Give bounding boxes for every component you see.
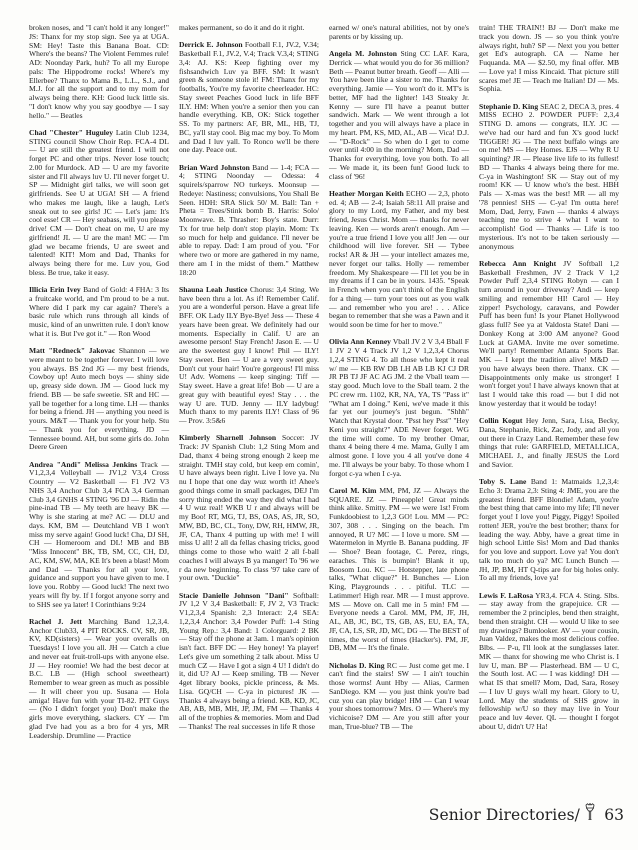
entry-text: MM, PM, JZ — Always the SQUARE. JZ — Pin…: [329, 486, 469, 653]
column-2: makes permanent, so do it and do it righ…: [179, 24, 319, 749]
student-name: Stephanie D. King: [479, 102, 538, 111]
directory-entry: Nicholas D. King RC — Just come get me. …: [329, 662, 469, 732]
directory-entry: Andrea "Andi" Melissa Jenkins Track — V1…: [29, 461, 169, 610]
entry-text: Band of Gold: 4 FHA: 3 Its a fruitcake w…: [29, 285, 169, 338]
student-name: Chad "Chester" Huguley: [29, 128, 113, 137]
yearbook-page: broken noses, and "I can't hold it any l…: [0, 0, 638, 850]
directory-entry: Rebecca Ann Knight JV Softball 1,2 Baske…: [479, 260, 619, 409]
directory-entry: Derrick E. Johnson Football F.1, JV.2, V…: [179, 41, 319, 155]
student-name: Rebecca Ann Knight: [479, 259, 556, 268]
column-4: train! THE TRAIN!! BJ — Don't make me tr…: [479, 24, 619, 749]
entry-text: ECHO — 2,3, photo ed. 4; AB — 2-4; Isaia…: [329, 189, 469, 329]
student-name: Andrea "Andi" Melissa Jenkins: [29, 460, 137, 469]
entry-text: Track — V1,2,3,4 Volleyball — JV1,2 V3,4…: [29, 460, 169, 609]
entry-text: earned w/ one's natural abilities, not b…: [329, 23, 469, 41]
directory-entry: Rachel J. Jett Marching Band 1,2,3,4. An…: [29, 618, 169, 741]
directory-entry: Lewis F. LaRosa YR3,4. FCA 4. Sting. Slb…: [479, 592, 619, 732]
entry-text: Football F.1, JV.2, V.34; Basketball F.1…: [179, 40, 319, 154]
directory-entry: Heather Morgan Keith ECHO — 2,3, photo e…: [329, 190, 469, 330]
student-name: Angela M. Johnston: [329, 49, 397, 58]
entry-text: train! THE TRAIN!! BJ — Don't make me tr…: [479, 23, 619, 93]
entry-text: Vball JV 2 V 3,4 Bball F 1 JV 2 V 4 Trac…: [329, 337, 469, 477]
entry-text: makes permanent, so do it and do it righ…: [179, 23, 304, 32]
entry-text: Band 1: Matmaids 1,2,3,4: Echo 3: Drama …: [479, 477, 619, 582]
page-footer: Senior Directories/ 63: [0, 800, 638, 840]
student-name: Matt "Redneck" Jakovac: [29, 346, 115, 355]
directory-entry: Stacie Danielle Johnson "Dani" Softball:…: [179, 592, 319, 732]
directory-entry: Chad "Chester" Huguley Latin Club 1234, …: [29, 129, 169, 278]
directory-entry: earned w/ one's natural abilities, not b…: [329, 24, 469, 42]
student-name: Brian Ward Johnston: [179, 163, 250, 172]
student-name: Nicholas D. King: [329, 661, 385, 670]
directory-entry: Shauna Leah Justice Chorus: 3,4 Sting. W…: [179, 286, 319, 426]
column-3: earned w/ one's natural abilities, not b…: [329, 24, 469, 749]
directory-entry: Matt "Redneck" Jakovac Shannon — we were…: [29, 347, 169, 452]
student-name: Collin Kogut: [479, 416, 522, 425]
entry-text: Shannon — we were meant to be together f…: [29, 346, 169, 451]
directory-entry: Angela M. Johnston Sting CC LAF. Kara, D…: [329, 50, 469, 181]
directory-entry: Olivia Ann Kenney Vball JV 2 V 3,4 Bball…: [329, 338, 469, 478]
student-name: Olivia Ann Kenney: [329, 337, 391, 346]
entry-text: Softball: JV 1,2 V 3,4 Basketball: F, JV…: [179, 591, 319, 731]
student-name: Stacie Danielle Johnson "Dani": [179, 591, 289, 600]
entry-text: YR3,4. FCA 4. Sting. Slbs. — stay away f…: [479, 591, 619, 731]
student-name: Illicia Erin Ivey: [29, 285, 81, 294]
student-name: Shauna Leah Justice: [179, 285, 247, 294]
section-title: Senior Directories/: [429, 806, 580, 824]
entry-text: broken noses, and "I can't hold it any l…: [29, 23, 169, 120]
student-name: Carol M. Kim: [329, 486, 376, 495]
entry-text: Latin Club 1234, STING council Show Choi…: [29, 128, 169, 277]
directory-entry: Kimberly Sharnell Johnson Soccer: JV Tra…: [179, 434, 319, 583]
entry-text: Sting CC LAF. Kara, Derrick — what would…: [329, 49, 469, 181]
directory-entry: Carol M. Kim MM, PM, JZ — Always the SQU…: [329, 487, 469, 653]
directory-entry: Illicia Erin Ivey Band of Gold: 4 FHA: 3…: [29, 286, 169, 339]
page-number: 63: [604, 806, 624, 824]
entry-text: Band — 1-4; FCA — 4; STING Noonday — Ode…: [179, 163, 319, 277]
student-name: Heather Morgan Keith: [329, 189, 404, 198]
torch-trophy-icon: [584, 803, 596, 821]
directory-entry: Brian Ward Johnston Band — 1-4; FCA — 4;…: [179, 164, 319, 278]
entry-text: SEAC 2, DECA 3, pres. 4 MISS ECHO 2. POW…: [479, 102, 619, 251]
directory-entry: Toby S. Lane Band 1: Matmaids 1,2,3,4: E…: [479, 478, 619, 583]
senior-directory-columns: broken noses, and "I can't hold it any l…: [29, 24, 619, 749]
student-name: Derrick E. Johnson: [179, 40, 243, 49]
entry-text: Marching Band 1,2,3,4. Anchor Club33, 4 …: [29, 617, 169, 740]
student-name: Toby S. Lane: [479, 477, 526, 486]
entry-text: Soccer: JV Track: JV Spanish Club: 1,2 S…: [179, 433, 319, 582]
student-name: Rachel J. Jett: [29, 617, 82, 626]
directory-entry: Stephanie D. King SEAC 2, DECA 3, pres. …: [479, 103, 619, 252]
directory-entry: makes permanent, so do it and do it righ…: [179, 24, 319, 33]
entry-text: JV Softball 1,2 Basketball Freshmen, JV …: [479, 259, 619, 408]
student-name: Lewis F. LaRosa: [479, 591, 533, 600]
entry-text: Chorus: 3,4 Sting. We have been thru a l…: [179, 285, 319, 425]
directory-entry: Collin Kogut Hey Jenn, Sara, Lisa, Becky…: [479, 417, 619, 470]
directory-entry: broken noses, and "I can't hold it any l…: [29, 24, 169, 120]
column-1: broken noses, and "I can't hold it any l…: [29, 24, 169, 749]
entry-text: Hey Jenn, Sara, Lisa, Becky, Dana, Steph…: [479, 416, 619, 469]
entry-text: RC — Just come get me. I can't find the …: [329, 661, 469, 731]
student-name: Kimberly Sharnell Johnson: [179, 433, 276, 442]
directory-entry: train! THE TRAIN!! BJ — Don't make me tr…: [479, 24, 619, 94]
